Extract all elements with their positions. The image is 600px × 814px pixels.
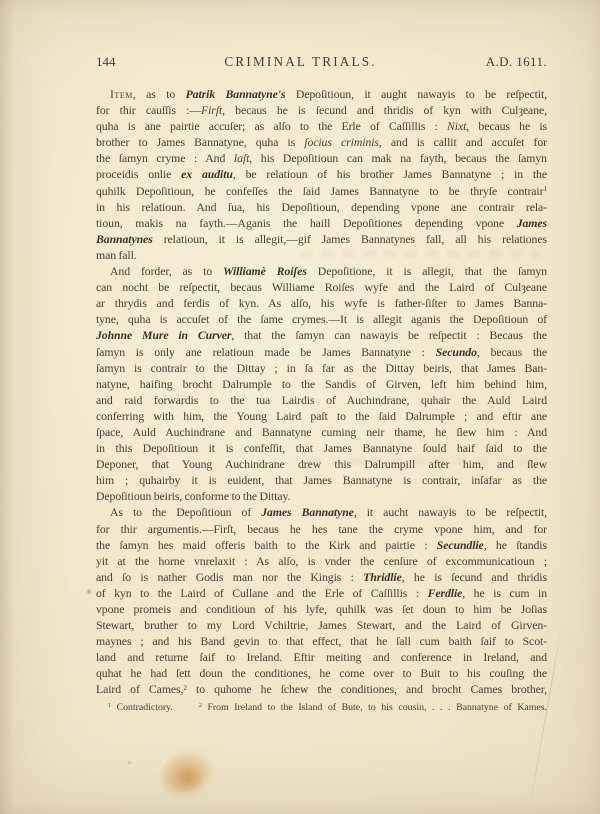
- text-line: the ſamyn hes maid offeris baith to the …: [96, 537, 547, 553]
- text-run: Item: [110, 87, 133, 101]
- text-line: for thir argumentis.—Firſt, becaus he he…: [96, 521, 547, 537]
- text-run: 1: [108, 703, 111, 709]
- text-line: ſamyn is contrair to the Dittay ; in ſa …: [96, 360, 547, 376]
- page-header: 144 CRIMINAL TRIALS. A.D. 1611.: [96, 54, 547, 70]
- text-run: James: [517, 216, 547, 230]
- text-line: Stewart, bruther to my Lord Vchiltrie, J…: [96, 617, 547, 633]
- paragraph: And forder, as to Williamè Roiſes Depoſi…: [96, 263, 547, 504]
- body-text: Item, as to Patrik Bannatyne's Depoſitio…: [96, 86, 547, 714]
- text-run: ex auditu: [181, 167, 233, 181]
- paragraph: As to the Depoſitioun of James Bannatyne…: [96, 504, 547, 697]
- text-run: 2: [199, 703, 202, 709]
- text-run: Nixt: [447, 119, 466, 133]
- text-line: Laird of Cames,2 to quhome he ſchew the …: [96, 681, 547, 697]
- text-line: ſamyn is only ane relatioun made be Jame…: [96, 344, 547, 360]
- text-line: quhilk Depoſitioun, he confeſſes the ſai…: [96, 183, 547, 199]
- text-line: in this Depoſitioun it is confeſſit, tha…: [96, 440, 547, 456]
- text-run: James Bannatyne: [261, 505, 354, 519]
- book-page: 144 CRIMINAL TRIALS. A.D. 1611. Item, as…: [0, 0, 600, 814]
- text-line: quhat he had ſett doun the conditiones, …: [96, 665, 547, 681]
- ink-speck: [87, 589, 91, 594]
- text-run: Firſt: [201, 103, 222, 117]
- text-run: Secundlie: [437, 538, 484, 552]
- text-line: for thir cauſſis :—Firſt, becaus he is ſ…: [96, 102, 547, 118]
- text-line: in his relatioun. And ſua, his Depoſitio…: [96, 199, 547, 215]
- text-line: ſpace, Auld Auchindrane and Bannatyne cu…: [96, 424, 547, 440]
- text-run: Thridlie: [363, 570, 402, 584]
- text-run: Williamè Roiſes: [223, 264, 307, 278]
- text-run: Secundo: [436, 345, 477, 359]
- paragraph: Item, as to Patrik Bannatyne's Depoſitio…: [96, 86, 547, 263]
- text-line: tioun, makis na fayth.—Aganis the haill …: [96, 215, 547, 231]
- text-run: 1: [543, 184, 547, 193]
- text-run: laſt: [234, 151, 249, 165]
- text-line: natyne, haifing brocht Dalrumple to the …: [96, 376, 547, 392]
- running-date: A.D. 1611.: [486, 54, 547, 70]
- text-line: brother to James Bannatyne, quha is ſoci…: [96, 134, 547, 150]
- text-line: and raid forwardis to the tua Lairdis of…: [96, 392, 547, 408]
- text-line: of kyn to the Laird of Cullane and the E…: [96, 585, 547, 601]
- text-line: Depoſitioun beiris, conforme to the Ditt…: [96, 488, 547, 504]
- text-run: Ferdlie: [428, 586, 463, 600]
- text-line: and ſo is nather Godis man nor the Kingi…: [96, 569, 547, 585]
- text-line: And forder, as to Williamè Roiſes Depoſi…: [96, 263, 547, 279]
- text-line: proceidis onlie ex auditu, be relatioun …: [96, 166, 547, 182]
- running-title: CRIMINAL TRIALS.: [116, 54, 486, 70]
- text-run: Bannatynes: [96, 232, 153, 246]
- text-run: 2: [183, 683, 187, 692]
- text-line: quha is ane pairtie accuſer; as alſo to …: [96, 118, 547, 134]
- text-run: Johnne Mure in Curver: [96, 328, 231, 342]
- text-line: conferring with him, the Young Laird paſ…: [96, 408, 547, 424]
- text-line: can nocht be reſpectit, becaus Williame …: [96, 279, 547, 295]
- paper-stain: [153, 742, 224, 809]
- text-line: ar thrydis and ferdis of kyn. As alſo, h…: [96, 295, 547, 311]
- text-line: him ; quhairby it is euident, that James…: [96, 472, 547, 488]
- text-line: Deponer, that Young Auchindrane drew thi…: [96, 456, 547, 472]
- text-line: Johnne Mure in Curver, that the ſamyn ca…: [96, 327, 547, 343]
- text-line: land and returne ſaif to Ireland. Eftir …: [96, 649, 547, 665]
- text-run: Patrik Bannatyne's: [186, 87, 286, 101]
- text-line: vpone promeis and conditioun of his lyfe…: [96, 601, 547, 617]
- ink-speck: [128, 761, 131, 764]
- paper-stain-core: [166, 759, 210, 800]
- text-line: the ſamyn cryme : And laſt, his Depoſiti…: [96, 150, 547, 166]
- text-line: maynes ; and his Band gevin to that effe…: [96, 633, 547, 649]
- footnote: 1 Contradictory.2 From Ireland to the Is…: [96, 701, 547, 714]
- text-line: tyne, quha is accuſet of the ſame crymes…: [96, 311, 547, 327]
- text-line: man fall.: [96, 247, 547, 263]
- page-number: 144: [96, 54, 116, 70]
- text-line: Item, as to Patrik Bannatyne's Depoſitio…: [96, 86, 547, 102]
- text-line: As to the Depoſitioun of James Bannatyne…: [96, 504, 547, 520]
- text-line: yit at the horne vnrelaxit : As alſo, is…: [96, 553, 547, 569]
- text-run: ſocius criminis: [304, 135, 379, 149]
- text-line: Bannatynes relatioun, it is allegit,—gif…: [96, 231, 547, 247]
- page-edge-shadow: [0, 0, 14, 814]
